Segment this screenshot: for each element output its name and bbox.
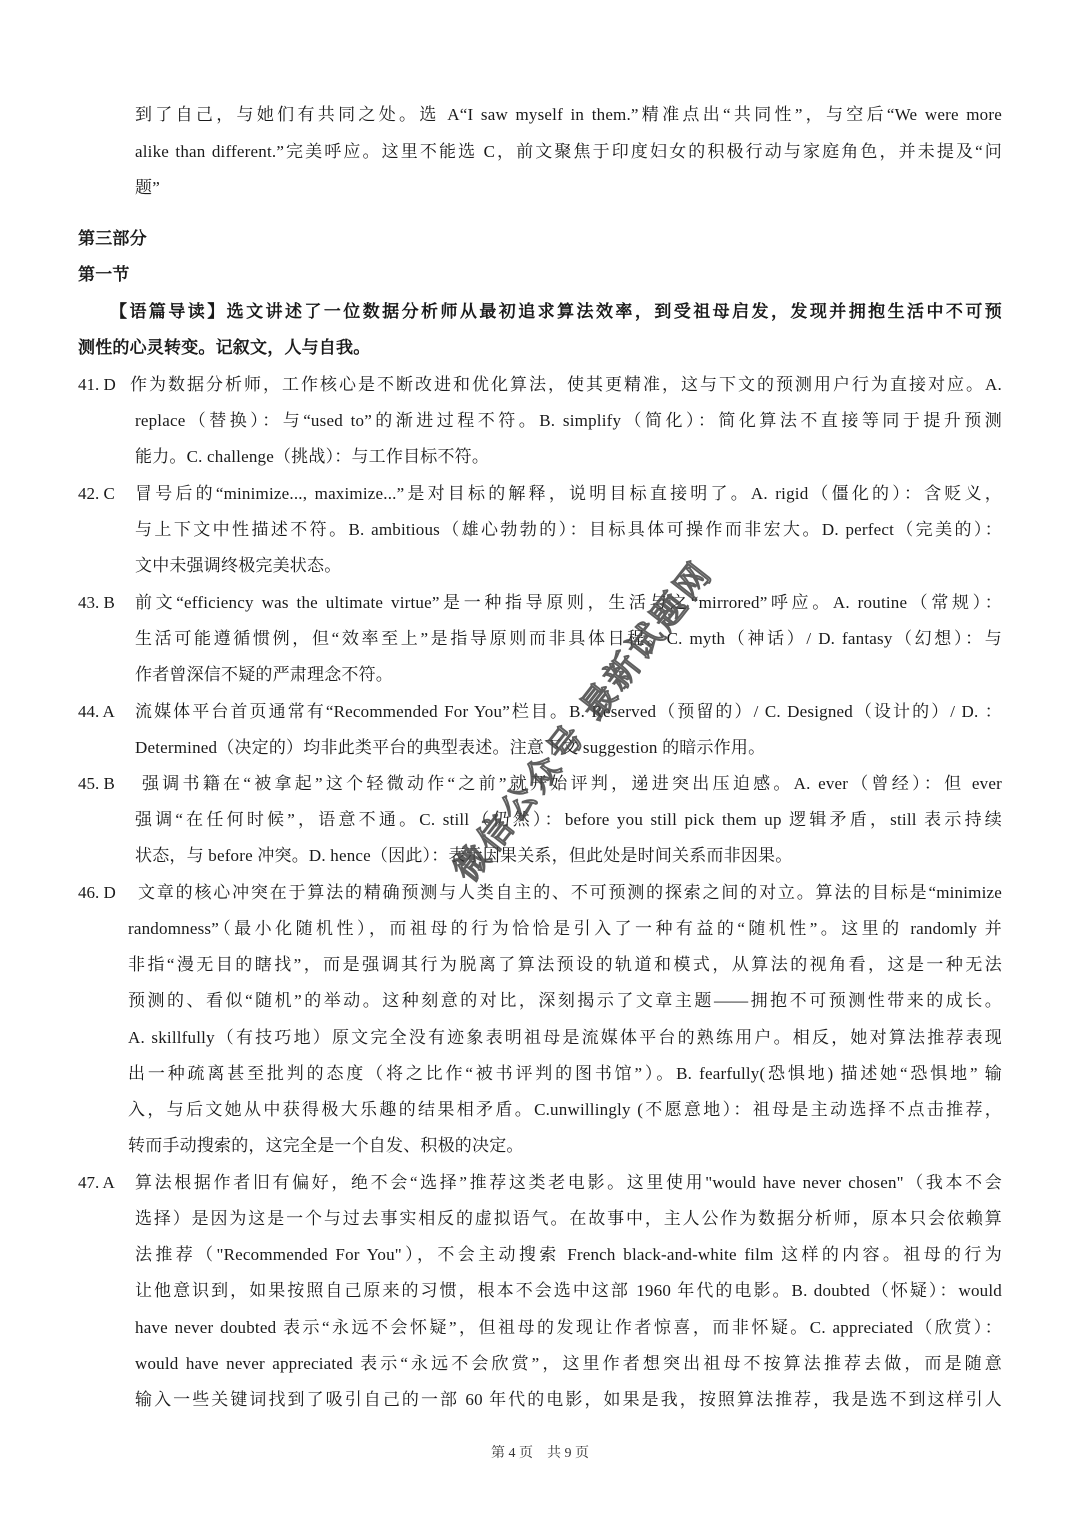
answer-number-43: 43. B [78, 592, 115, 614]
answer-41-line-1: 作为数据分析师，工作核心是不断改进和优化算法，使其更精准，这与下文的预测用户行为… [130, 374, 1002, 396]
page-footer: 第 4 页 共 9 页 [0, 1442, 1080, 1462]
section-heading: 第一节 [78, 264, 130, 286]
answer-number-45: 45. B [78, 773, 115, 795]
answer-47-line-6: would have never appreciated 表示“永远不会欣赏”，… [135, 1353, 1002, 1375]
answer-number-41: 41. D [78, 374, 116, 396]
document-page: 到了自己，与她们有共同之处。选 A“I saw myself in them.”… [0, 0, 1080, 1527]
answer-42-line-3: 文中未强调终极完美状态。 [135, 555, 341, 577]
intro-line-1: 到了自己，与她们有共同之处。选 A“I saw myself in them.”… [135, 104, 1002, 126]
answer-46-line-8: 转而手动搜索的，这完全是一个自发、积极的决定。 [128, 1135, 524, 1157]
part-heading: 第三部分 [78, 228, 147, 250]
reading-guide-line-1: 【语篇导读】选文讲述了一位数据分析师从最初追求算法效率，到受祖母启发，发现并拥抱… [110, 301, 1002, 323]
answer-46-line-3: 非指“漫无目的瞎找”，而是强调其行为脱离了算法预设的轨道和模式，从算法的视角看，… [128, 954, 1002, 976]
answer-43-line-2: 生活可能遵循惯例，但“效率至上”是指导原则而非具体日程。C. myth（神话）/… [135, 628, 1002, 650]
intro-line-3: 题” [135, 177, 160, 199]
answer-43-line-3: 作者曾深信不疑的严肃理念不符。 [135, 664, 393, 686]
answer-44-line-2: Determined（决定的）均非此类平台的典型表述。注意下文 suggesti… [135, 737, 765, 759]
answer-46-line-2: randomness”（最小化随机性），而祖母的行为恰恰是引入了一种有益的“随机… [128, 918, 1002, 940]
answer-46-line-5: A. skillfully（有技巧地）原文完全没有迹象表明祖母是流媒体平台的熟练… [128, 1027, 1002, 1049]
answer-number-47: 47. A [78, 1172, 115, 1194]
reading-guide-line-2: 测性的心灵转变。记叙文，人与自我。 [78, 337, 370, 359]
answer-46-line-4: 预测的、看似“随机”的举动。这种刻意的对比，深刻揭示了文章主题——拥抱不可预测性… [128, 990, 1002, 1012]
answer-number-42: 42. C [78, 483, 115, 505]
answer-41-line-2: replace（替换）：与“used to”的渐进过程不符。B. simplif… [135, 410, 1002, 432]
answer-number-44: 44. A [78, 701, 115, 723]
answer-42-line-1: 冒号后的“minimize..., maximize...”是对目标的解释，说明… [135, 483, 1002, 505]
answer-46-line-1: 文章的核心冲突在于算法的精确预测与人类自主的、不可预测的探索之间的对立。算法的目… [138, 882, 1002, 904]
answer-44-line-1: 流媒体平台首页通常有“Recommended For You”栏目。B. Res… [135, 701, 1002, 723]
answer-46-line-7: 入，与后文她从中获得极大乐趣的结果相矛盾。C.unwillingly (不愿意地… [128, 1099, 1002, 1121]
answer-43-line-1: 前文“efficiency was the ultimate virtue”是一… [135, 592, 1002, 614]
answer-47-line-2: 选择）是因为这是一个与过去事实相反的虚拟语气。在故事中，主人公作为数据分析师，原… [135, 1208, 1002, 1230]
answer-45-line-1: 强调书籍在“被拿起”这个轻微动作“之前”就开始评判，递进突出压迫感。A. eve… [142, 773, 1002, 795]
answer-47-line-5: have never doubted 表示“永远不会怀疑”，但祖母的发现让作者惊… [135, 1317, 1002, 1339]
answer-47-line-7: 输入一些关键词找到了吸引自己的一部 60 年代的电影，如果是我，按照算法推荐，我… [135, 1389, 1002, 1411]
answer-46-line-6: 出一种疏离甚至批判的态度（将之比作“被书评判的图书馆”）。B. fearfull… [128, 1063, 1002, 1085]
answer-47-line-1: 算法根据作者旧有偏好，绝不会“选择”推荐这类老电影。这里使用"would hav… [135, 1172, 1002, 1194]
answer-42-line-2: 与上下文中性描述不符。B. ambitious（雄心勃勃的）：目标具体可操作而非… [135, 519, 1002, 541]
answer-41-line-3: 能力。C. challenge（挑战）：与工作目标不符。 [135, 446, 489, 468]
answer-47-line-3: 法推荐（"Recommended For You"），不会主动搜索 French… [135, 1244, 1002, 1266]
answer-45-line-3: 状态，与 before 冲突。D. hence（因此）：表示因果关系，但此处是时… [135, 845, 792, 867]
answer-45-line-2: 强调“在任何时候”，语意不通。C. still（仍然）：before you s… [135, 809, 1002, 831]
answer-number-46: 46. D [78, 882, 116, 904]
answer-47-line-4: 让他意识到，如果按照自己原来的习惯，根本不会选中这部 1960 年代的电影。B.… [135, 1280, 1002, 1302]
intro-line-2: alike than different.”完美呼应。这里不能选 C，前文聚焦于… [135, 141, 1002, 163]
